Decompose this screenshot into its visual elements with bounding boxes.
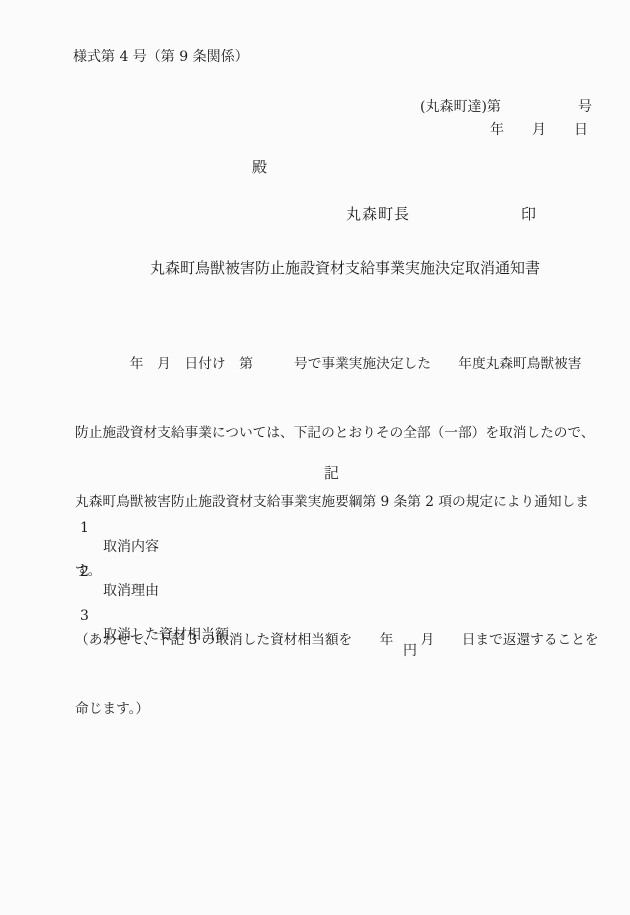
list-item-cancel-reason: 2 取消理由 [0,548,630,568]
issue-date-blanks: 年 月 日 [490,119,588,139]
item-number: 2 [80,564,89,580]
item-label: 取消した資材相当額 [103,624,229,644]
list-item-cancelled-amount: 3 取消した資材相当額 円 [0,592,630,612]
list-item-cancel-content: 1 取消内容 [0,504,630,524]
record-separator: 記 [324,462,339,483]
body-line-1: 年 月 日付け 第 号で事業実施決定した 年度丸森町鳥獣被害 [75,353,620,376]
form-number: 様式第 4 号（第 9 条関係） [73,46,249,66]
doc-number-prefix: (丸森町達)第 [420,96,501,116]
doc-number-line: (丸森町達)第 号 [420,96,592,116]
item-number: 3 [80,608,89,624]
body-line-2: 防止施設資材支給事業については、下記のとおりその全部（一部）を取消したので、 [75,422,620,445]
doc-number-unit: 号 [578,96,592,116]
document-title: 丸森町鳥獣被害防止施設資材支給事業実施決定取消通知書 [150,257,540,278]
item-number: 1 [80,520,89,536]
seal-placeholder: 印 [521,203,536,224]
item-unit-yen: 円 [403,640,417,660]
document-page: 様式第 4 号（第 9 条関係） (丸森町達)第 号 年 月 日 殿 丸森町長 … [0,0,630,915]
body-line-6: 命じます。） [75,698,620,721]
sender-name: 丸森町長 [346,203,410,224]
addressee-honorific: 殿 [252,156,267,177]
